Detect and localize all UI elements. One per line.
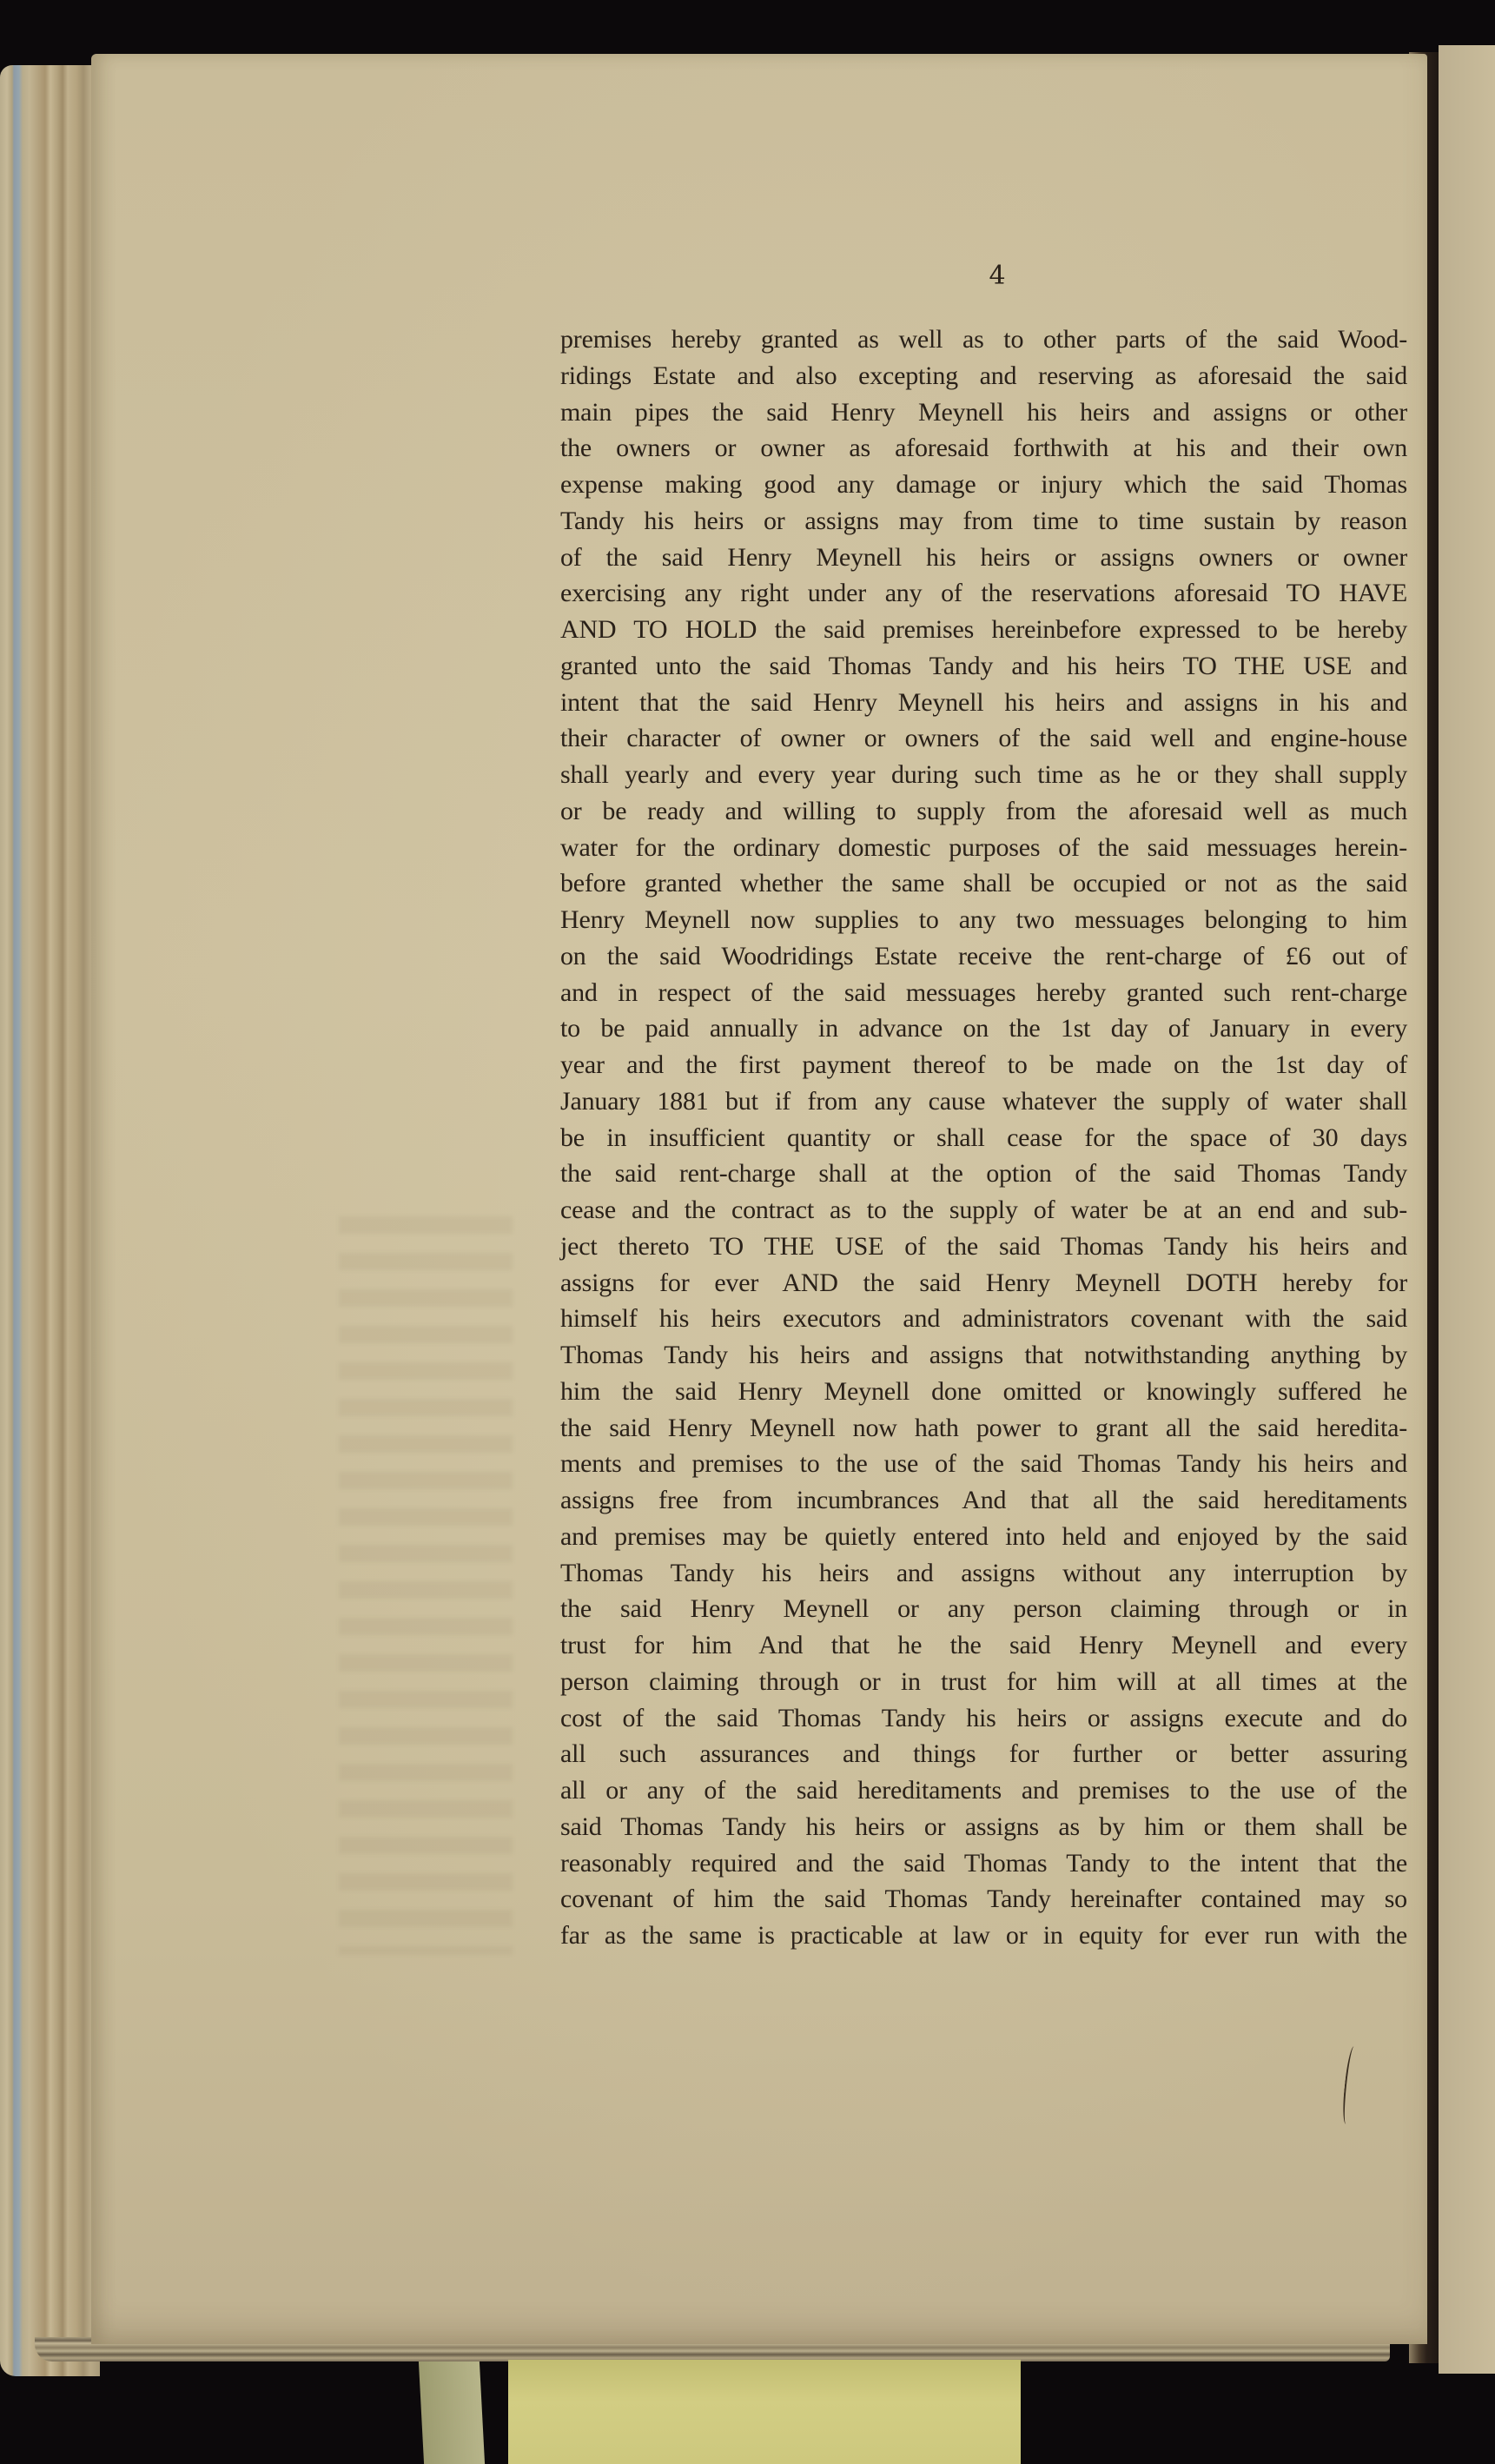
text-line: covenant of him the said Thomas Tandy he…: [560, 1881, 1407, 1918]
text-line: Tandy his heirs or assigns may from time…: [560, 503, 1407, 540]
text-line: intent that the said Henry Meynell his h…: [560, 685, 1407, 721]
text-line: ject thereto TO THE USE of the said Thom…: [560, 1229, 1407, 1265]
text-line: the said Henry Meynell or any person cla…: [560, 1591, 1407, 1627]
scanned-book-page: 4 premises hereby granted as well as to …: [0, 0, 1495, 2464]
yellow-marker-slip: [508, 2360, 1021, 2464]
text-line: exercising any right under any of the re…: [560, 575, 1407, 612]
text-line: premises hereby granted as well as to ot…: [560, 321, 1407, 358]
text-line: Thomas Tandy his heirs and assigns that …: [560, 1337, 1407, 1374]
text-line: their character of owner or owners of th…: [560, 720, 1407, 757]
text-line: on the said Woodridings Estate receive t…: [560, 938, 1407, 975]
text-line: reasonably required and the said Thomas …: [560, 1845, 1407, 1882]
text-line: Henry Meynell now supplies to any two me…: [560, 902, 1407, 938]
text-line: granted unto the said Thomas Tandy and h…: [560, 648, 1407, 685]
text-line: far as the same is practicable at law or…: [560, 1918, 1407, 1954]
text-line: shall yearly and every year during such …: [560, 757, 1407, 793]
text-line: the said Henry Meynell now hath power to…: [560, 1410, 1407, 1447]
text-line: be in insufficient quantity or shall cea…: [560, 1120, 1407, 1156]
text-line: cease and the contract as to the supply …: [560, 1192, 1407, 1229]
text-line: year and the first payment thereof to be…: [560, 1047, 1407, 1083]
facing-page-edge: [1439, 45, 1495, 2374]
text-line: ridings Estate and also excepting and re…: [560, 358, 1407, 394]
text-line: main pipes the said Henry Meynell his he…: [560, 394, 1407, 431]
text-line: and premises may be quietly entered into…: [560, 1519, 1407, 1555]
text-line: of the said Henry Meynell his heirs or a…: [560, 540, 1407, 576]
text-line: trust for him And that he the said Henry…: [560, 1627, 1407, 1664]
text-line: and in respect of the said messuages her…: [560, 975, 1407, 1011]
text-line: the said rent-charge shall at the option…: [560, 1156, 1407, 1192]
text-line: assigns for ever AND the said Henry Meyn…: [560, 1265, 1407, 1302]
text-line: ments and premises to the use of the sai…: [560, 1446, 1407, 1482]
page-number: 4: [980, 261, 1015, 291]
text-line: to be paid annually in advance on the 1s…: [560, 1010, 1407, 1047]
body-text: premises hereby granted as well as to ot…: [560, 321, 1407, 1954]
text-line: himself his heirs executors and administ…: [560, 1301, 1407, 1337]
show-through-text: [339, 1216, 513, 1955]
text-line: person claiming through or in trust for …: [560, 1664, 1407, 1700]
text-line: all or any of the said hereditaments and…: [560, 1772, 1407, 1809]
text-line: January 1881 but if from any cause whate…: [560, 1083, 1407, 1120]
text-line: before granted whether the same shall be…: [560, 865, 1407, 902]
text-line: the owners or owner as aforesaid forthwi…: [560, 430, 1407, 467]
text-line: AND TO HOLD the said premises hereinbefo…: [560, 612, 1407, 648]
text-line: cost of the said Thomas Tandy his heirs …: [560, 1700, 1407, 1737]
text-line: expense making good any damage or injury…: [560, 467, 1407, 503]
text-line: assigns free from incumbrances And that …: [560, 1482, 1407, 1519]
page-stack-edges: [0, 65, 100, 2376]
text-line: all such assurances and things for furth…: [560, 1736, 1407, 1772]
marker-slip-back: [419, 2361, 485, 2464]
text-line: said Thomas Tandy his heirs or assigns a…: [560, 1809, 1407, 1845]
text-line: water for the ordinary domestic purposes…: [560, 830, 1407, 866]
text-line: him the said Henry Meynell done omitted …: [560, 1374, 1407, 1410]
text-line: or be ready and willing to supply from t…: [560, 793, 1407, 830]
text-line: Thomas Tandy his heirs and assigns witho…: [560, 1555, 1407, 1592]
